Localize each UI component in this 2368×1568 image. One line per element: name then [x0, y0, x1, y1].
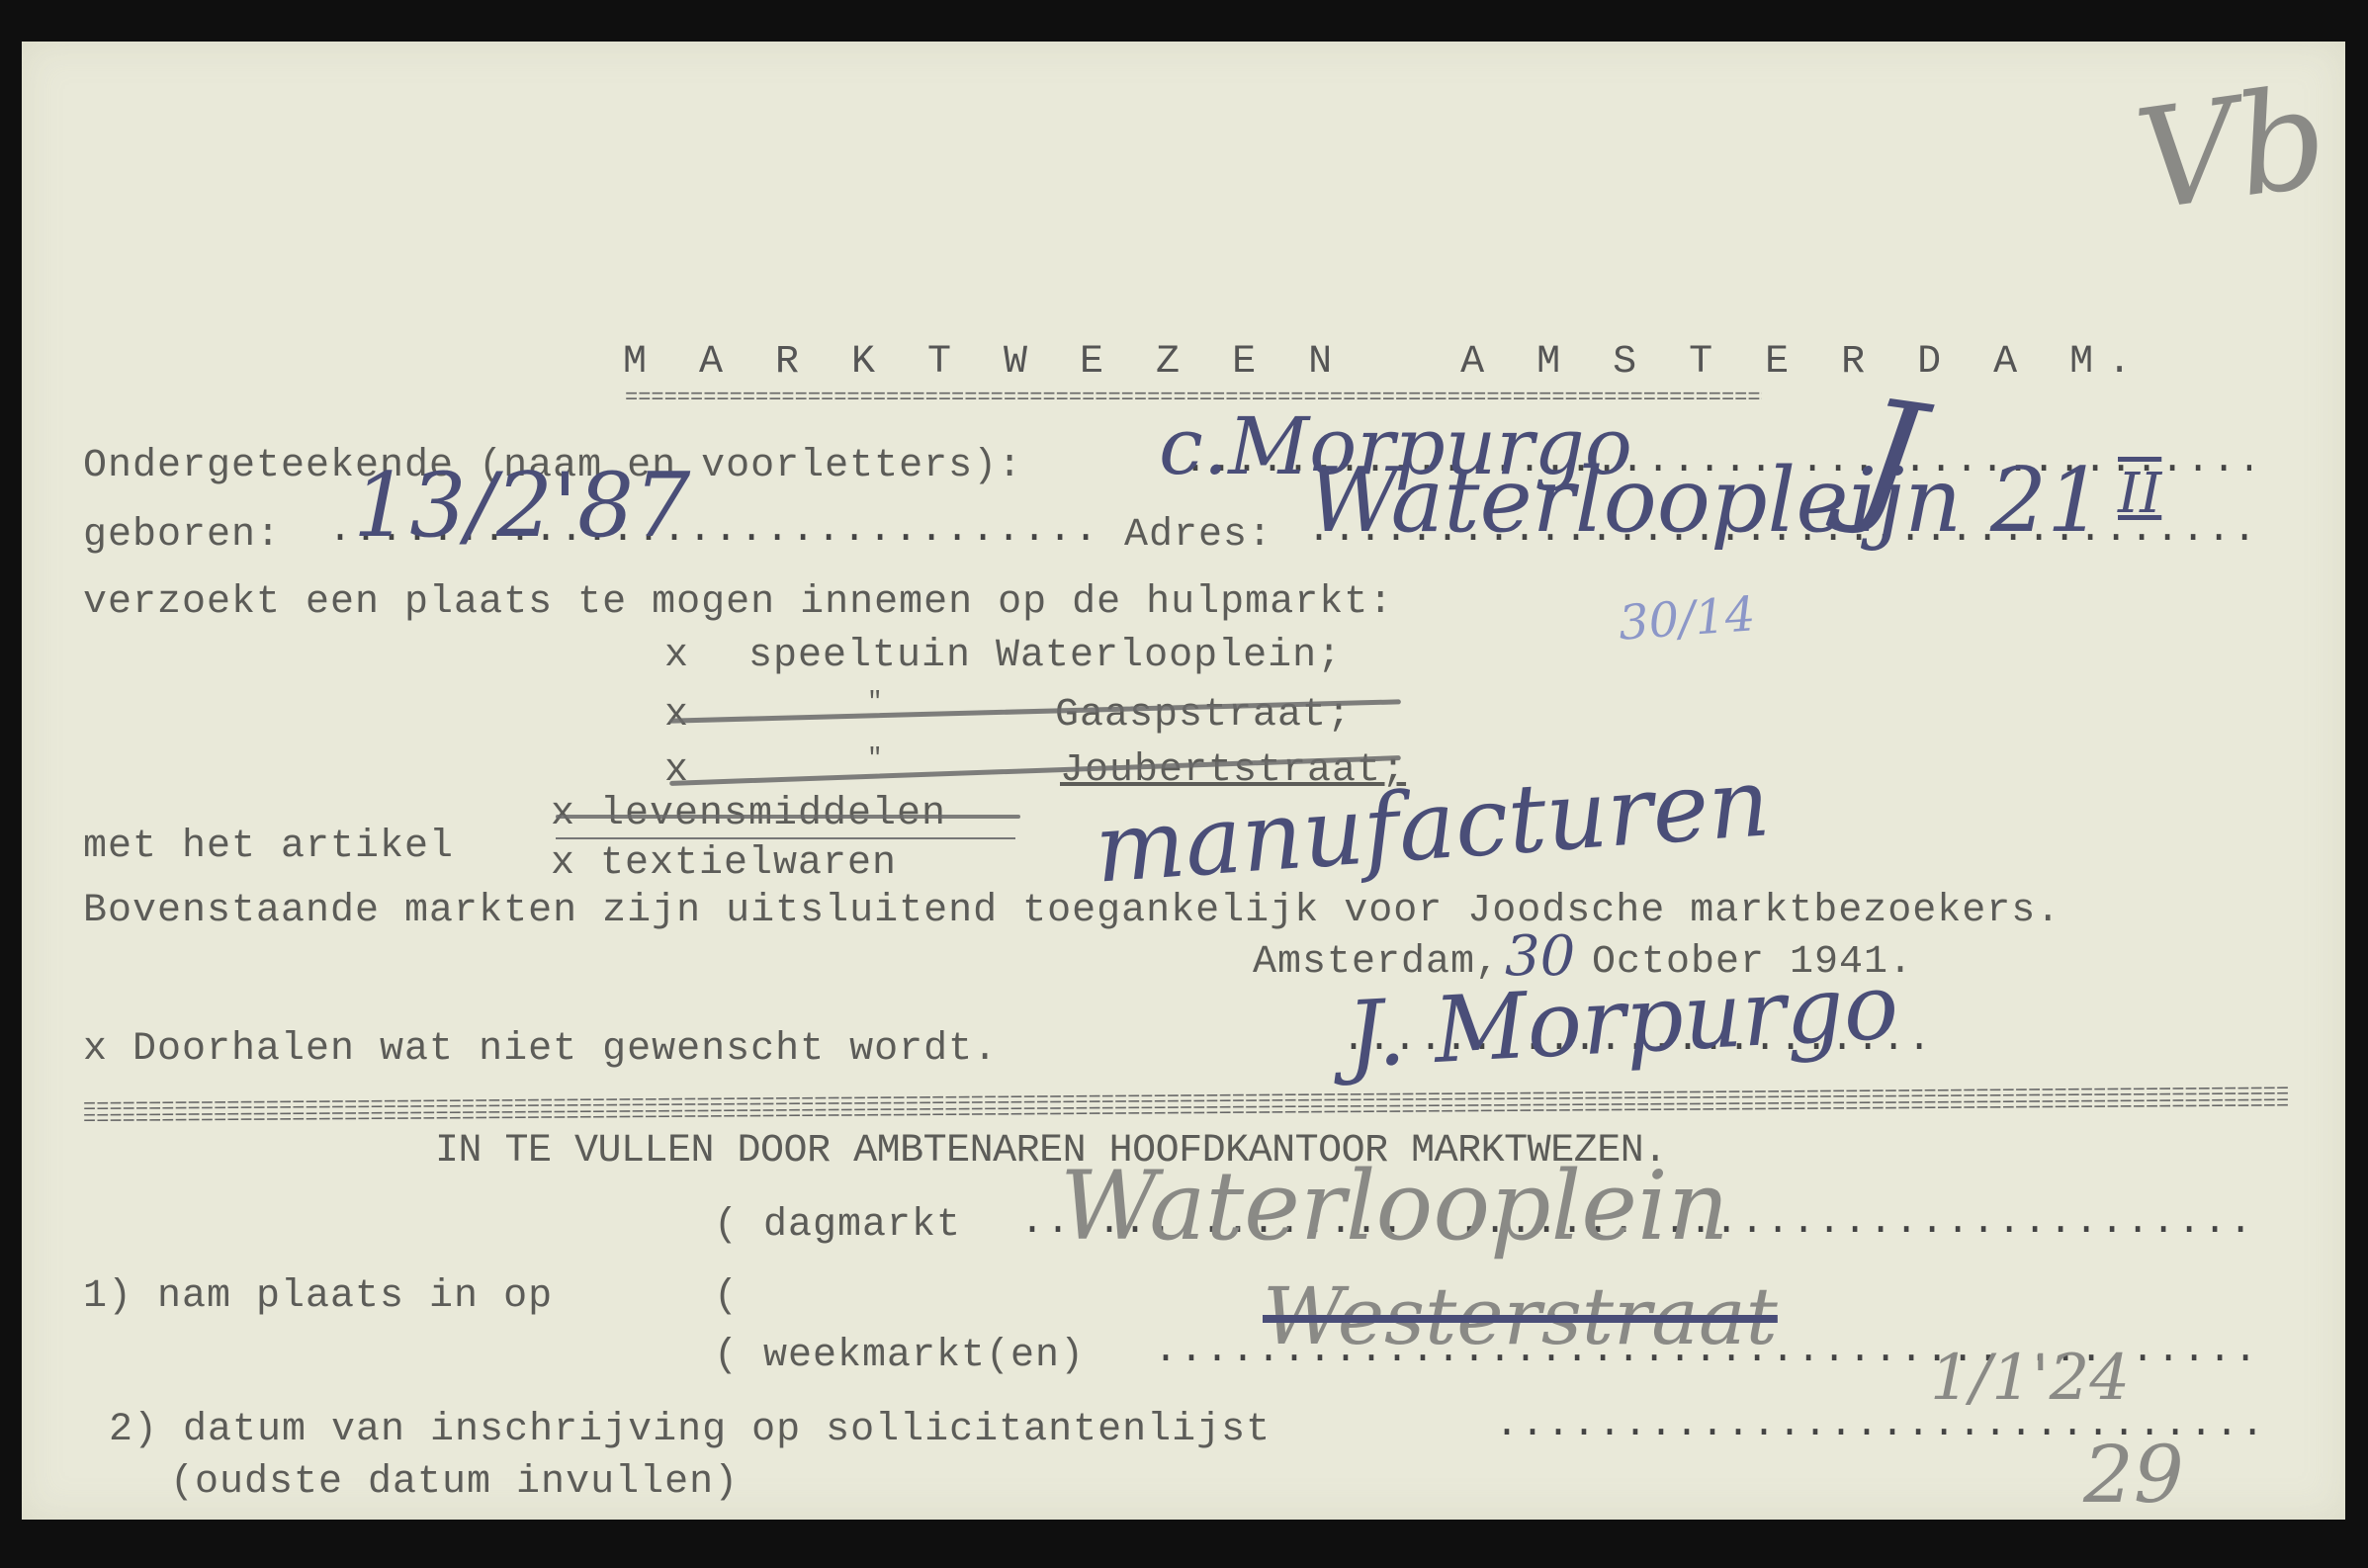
market-option-2-marker: x [664, 696, 689, 736]
strike-note: x Doorhalen wat niet gewenscht wordt. [83, 1030, 998, 1070]
item-1-label: 1) nam plaats in op [83, 1277, 553, 1317]
item-1-brace-middle: ( [714, 1277, 738, 1317]
address-handwritten: Waterloopleijn 21 [1307, 457, 2103, 546]
item-2-sublabel: (oudste datum invullen) [170, 1463, 739, 1503]
dagmarkt-label: ( dagmarkt [714, 1206, 961, 1246]
born-handwritten: 13/2'87 [353, 462, 690, 551]
market-option-1-name: speeltuin Waterlooplein; [748, 637, 1342, 676]
signature-handwritten: J. Morpurgo [1345, 961, 1900, 1081]
market-option-3-prefix: " [867, 745, 884, 771]
market-option-2-prefix: " [867, 689, 884, 715]
article-option-levensmiddelen-strikethrough [556, 815, 1020, 819]
market-option-1-marker: x [664, 637, 689, 676]
address-floor: II [2118, 467, 2161, 522]
margin-note-fraction: 30/14 [1617, 590, 1756, 648]
notice-line: Bovenstaande markten zijn uitsluitend to… [83, 892, 2061, 931]
article-divider [556, 837, 1015, 839]
article-option-textielwaren: x textielwaren [551, 844, 897, 884]
bottom-pencil-note: 29 [2083, 1436, 2184, 1515]
corner-pencil-mark: Vb [2129, 68, 2334, 231]
weekmarkt-label: ( weekmarkt(en) [714, 1337, 1085, 1376]
item-2-handwritten-date: 1/1'24 [1930, 1347, 2130, 1410]
article-label: met het artikel [83, 828, 454, 867]
dagmarkt-handwritten: Waterlooplein [1060, 1159, 1729, 1254]
address-label: Adres: [1124, 516, 1272, 556]
document-sheet: Vb M A R K T W E Z E N A M S T E R D A M… [22, 42, 2345, 1520]
item-2-label: 2) datum van inschrijving op sollicitant… [109, 1411, 1271, 1450]
request-line: verzoekt een plaats te mogen innemen op … [83, 583, 1393, 623]
born-label: geboren: [83, 516, 281, 556]
weekmarkt-handwritten: Westerstraat [1263, 1277, 1778, 1356]
